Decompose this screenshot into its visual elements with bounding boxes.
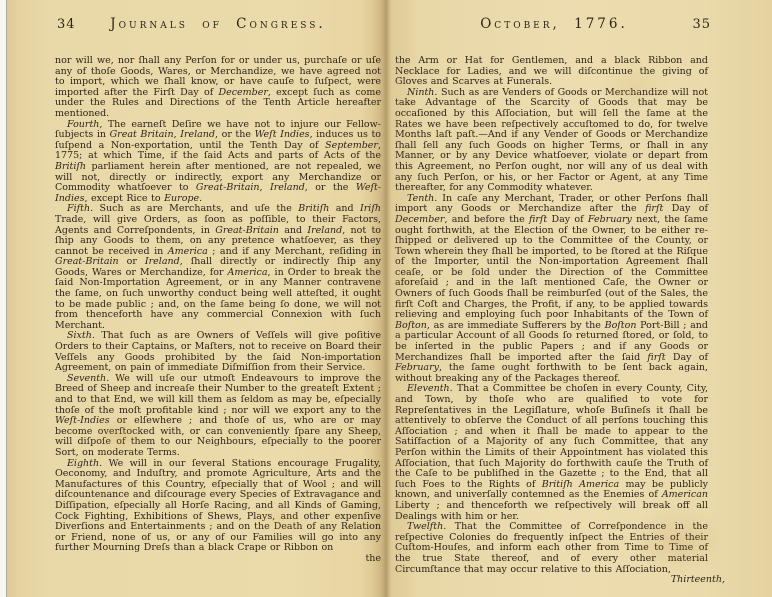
paragraph: the Arm or Hat for Gentlemen, and a blac… (395, 56, 708, 88)
paragraph: Eleventh. That a Committee be choſen in … (395, 384, 708, 522)
right-catchword: Thirteenth, (395, 575, 725, 586)
left-running-title: Journals of Congress. (55, 16, 381, 32)
right-page-body: the Arm or Hat for Gentlemen, and a blac… (395, 56, 708, 575)
left-page-body: nor will we, nor ſhall any Perſon for or… (55, 56, 381, 554)
paragraph: nor will we, nor ſhall any Perſon for or… (55, 56, 381, 120)
book-spread: 34 Journals of Congress. nor will we, no… (0, 0, 772, 597)
paragraph: Sixth. That ſuch as are Owners of Veſſel… (55, 331, 381, 373)
paragraph: Twelfth. That the Committee of Correſpon… (395, 522, 708, 575)
left-page: 34 Journals of Congress. nor will we, no… (0, 0, 386, 597)
right-page: October, 1776. 35 the Arm or Hat for Gen… (386, 0, 772, 597)
left-page-number: 34 (57, 17, 76, 32)
right-page-header: October, 1776. 35 (395, 16, 713, 33)
paragraph: Ninth. Such as are Venders of Goods or M… (395, 88, 708, 194)
paragraph: Fifth. Such as are Merchants, and uſe th… (55, 204, 381, 331)
left-page-header: 34 Journals of Congress. (55, 16, 381, 33)
right-running-title: October, 1776. (395, 16, 713, 32)
page-gutter (372, 0, 406, 597)
paragraph: Eighth. We will in our ſeveral Stations … (55, 459, 381, 554)
paragraph: Fourth, The earneſt Deſire we have not t… (55, 120, 381, 205)
paragraph: Tenth. In caſe any Merchant, Trader, or … (395, 194, 708, 385)
left-catchword: the (55, 554, 381, 565)
right-page-number: 35 (692, 17, 711, 32)
paragraph: Seventh. We will uſe our utmoſt Endeavou… (55, 374, 381, 459)
